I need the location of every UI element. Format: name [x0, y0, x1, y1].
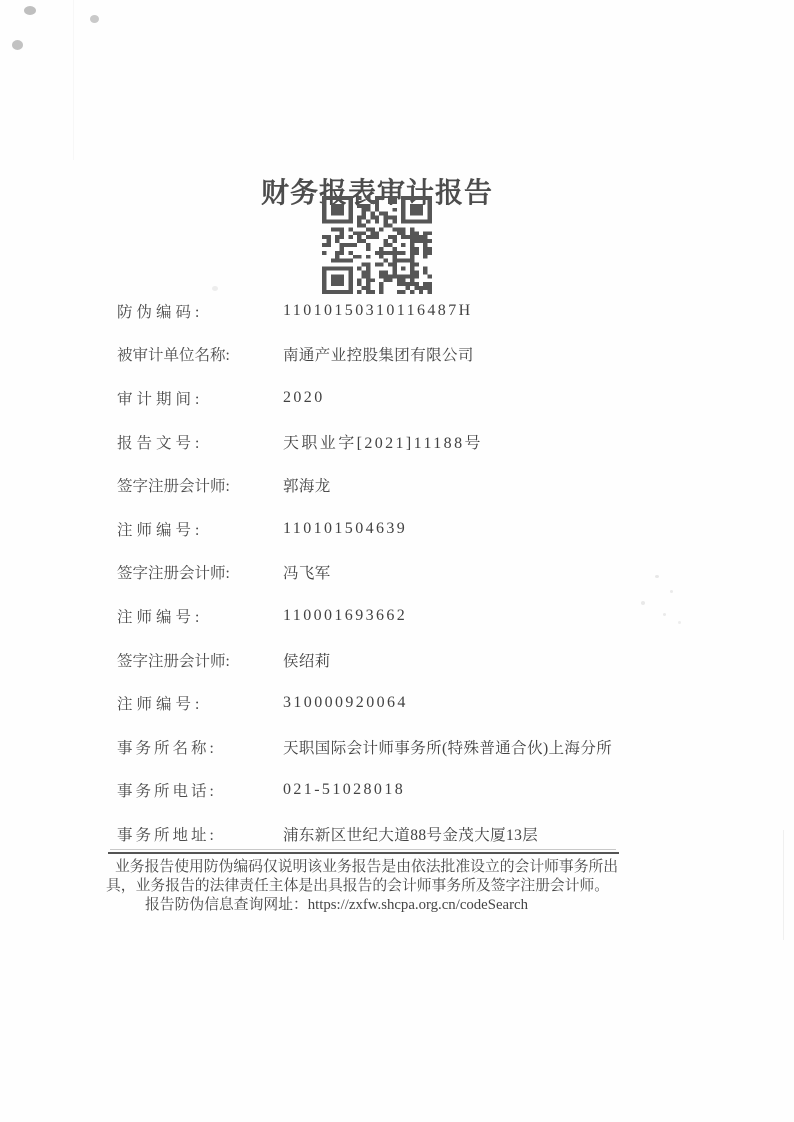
- footer-line: 具，业务报告的法律责任主体是出具报告的会计师事务所及签字注册会计师。: [106, 877, 618, 896]
- field-row: 注师编号: 310000920064: [117, 681, 677, 725]
- field-value: 2020: [283, 389, 325, 407]
- field-row: 签字注册会计师: 郭海龙: [117, 463, 677, 507]
- field-label: 事务所电话:: [117, 779, 283, 801]
- field-label: 注师编号:: [117, 692, 283, 714]
- field-row: 防伪编码: 11010150310116487H: [117, 289, 677, 333]
- field-value: 郭海龙: [283, 474, 331, 496]
- scanned-audit-report-page: 财务报表审计报告 防伪编码: 11010150310116487H 被审计单位名…: [0, 0, 794, 1122]
- field-label: 审计期间:: [117, 387, 283, 409]
- field-label: 签字注册会计师:: [117, 649, 283, 671]
- field-label: 事务所地址:: [117, 823, 283, 845]
- field-value: 310000920064: [283, 694, 408, 712]
- field-row: 签字注册会计师: 侯绍莉: [117, 638, 677, 682]
- field-row: 事务所电话: 021-51028018: [117, 769, 677, 813]
- field-row: 事务所名称: 天职国际会计师事务所(特殊普通合伙)上海分所: [117, 725, 677, 769]
- footer-divider: [108, 852, 619, 854]
- field-row: 签字注册会计师: 冯飞军: [117, 551, 677, 595]
- field-value: 冯飞军: [283, 561, 331, 583]
- field-value: 天职业字[2021]11188号: [283, 430, 483, 453]
- scan-streak: [783, 830, 784, 940]
- field-label: 被审计单位名称:: [117, 343, 283, 365]
- footer-disclaimer: 业务报告使用防伪编码仅说明该业务报告是由依法批准设立的会计师事务所出 具，业务报…: [106, 858, 618, 915]
- field-value: 南通产业控股集团有限公司: [283, 343, 474, 365]
- field-value: 11010150310116487H: [283, 302, 473, 320]
- scan-smudge: [212, 286, 218, 291]
- field-label: 签字注册会计师:: [117, 474, 283, 496]
- footer-line-query-url: 报告防伪信息查询网址：https://zxfw.shcpa.org.cn/cod…: [106, 896, 618, 915]
- scan-speckle: [663, 613, 666, 616]
- field-value: 侯绍莉: [283, 649, 331, 671]
- scan-speckle: [655, 575, 659, 578]
- scan-smudge: [24, 6, 36, 15]
- qr-code-icon: [322, 196, 432, 294]
- field-label: 签字注册会计师:: [117, 561, 283, 583]
- field-value: 天职国际会计师事务所(特殊普通合伙)上海分所: [283, 736, 612, 758]
- field-label: 事务所名称:: [117, 736, 283, 758]
- field-list: 防伪编码: 11010150310116487H 被审计单位名称: 南通产业控股…: [117, 289, 677, 856]
- scan-smudge: [90, 15, 99, 23]
- field-row: 报告文号: 天职业字[2021]11188号: [117, 420, 677, 464]
- field-value: 浦东新区世纪大道88号金茂大厦13层: [283, 823, 538, 845]
- scan-speckle: [678, 621, 681, 624]
- field-value: 021-51028018: [283, 781, 405, 799]
- field-label: 防伪编码:: [117, 300, 283, 322]
- field-label: 注师编号:: [117, 605, 283, 627]
- footer-line: 业务报告使用防伪编码仅说明该业务报告是由依法批准设立的会计师事务所出: [106, 858, 618, 877]
- scan-smudge: [12, 40, 23, 50]
- field-row: 注师编号: 110101504639: [117, 507, 677, 551]
- field-label: 注师编号:: [117, 518, 283, 540]
- field-row: 审计期间: 2020: [117, 376, 677, 420]
- field-row: 注师编号: 110001693662: [117, 594, 677, 638]
- field-value: 110001693662: [283, 607, 407, 625]
- field-value: 110101504639: [283, 520, 407, 538]
- scan-speckle: [670, 590, 673, 593]
- field-row: 被审计单位名称: 南通产业控股集团有限公司: [117, 333, 677, 377]
- scan-streak: [73, 0, 74, 160]
- scan-speckle: [641, 601, 645, 605]
- qr-code-svg: [322, 196, 432, 294]
- field-label: 报告文号:: [117, 431, 283, 453]
